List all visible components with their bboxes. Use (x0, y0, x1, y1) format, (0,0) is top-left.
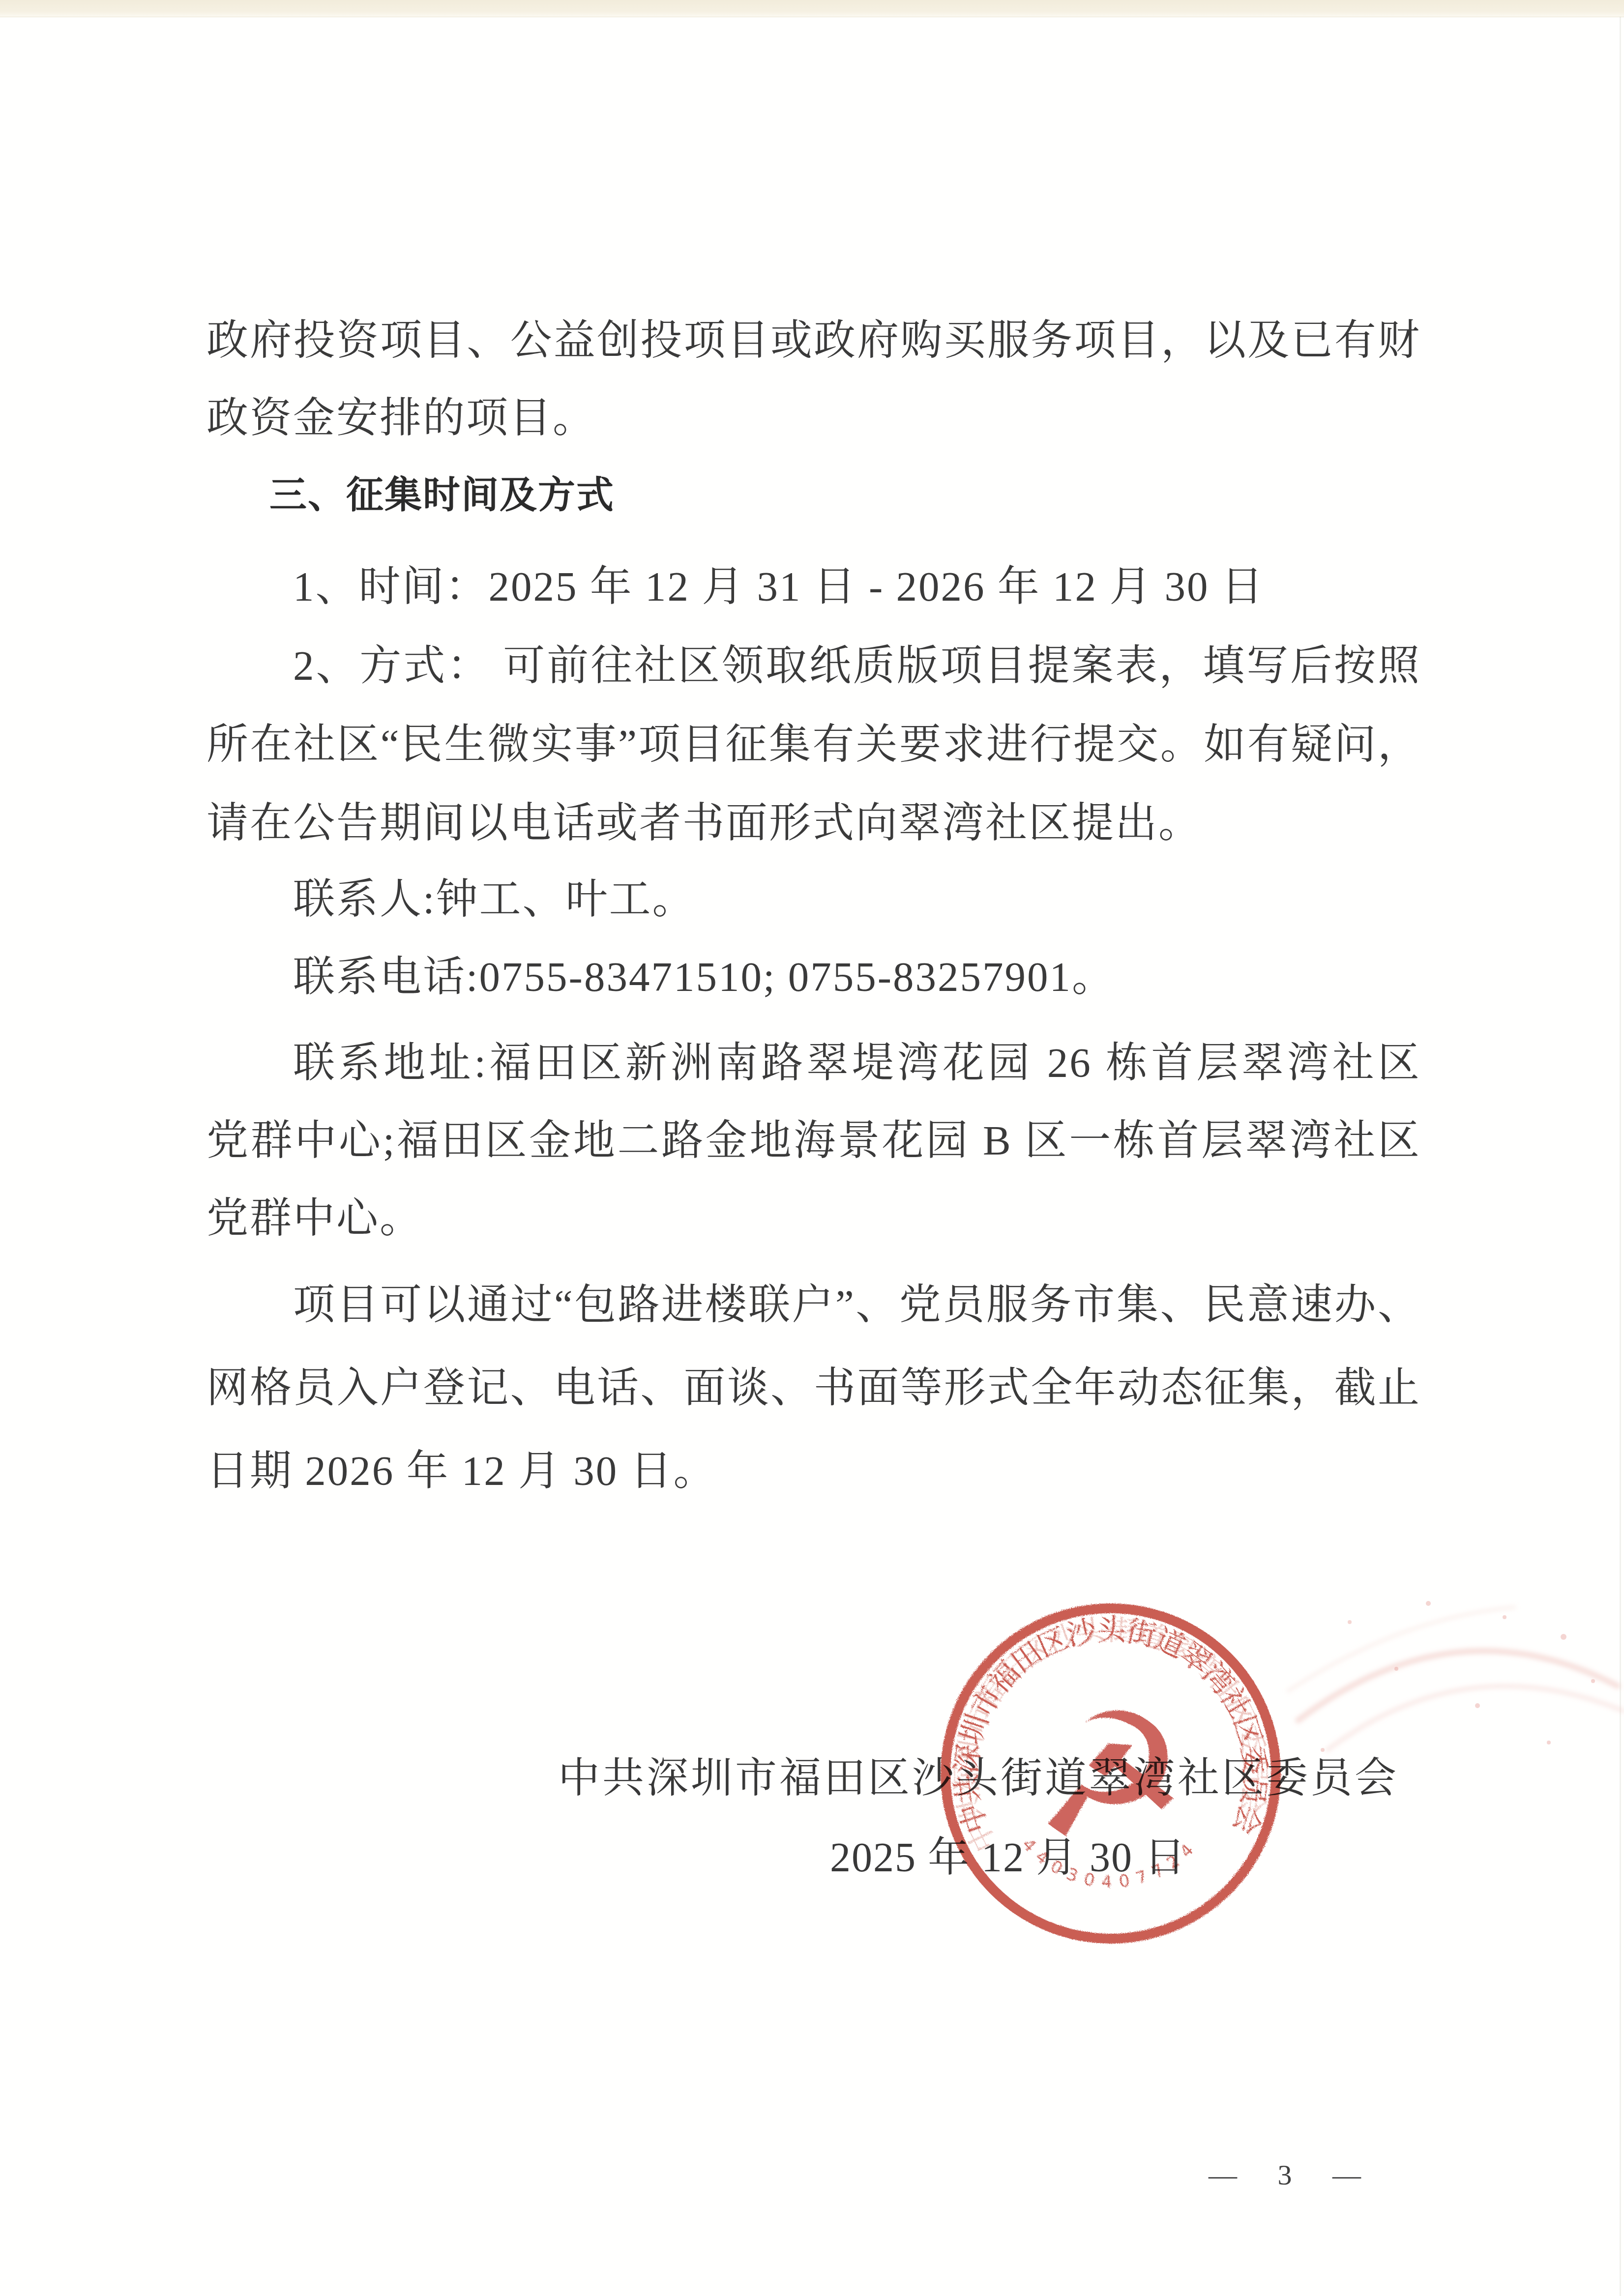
paragraph-time: 1、时间：2025 年 12 月 31 日 - 2026 年 12 月 30 日 (207, 548, 1421, 626)
text-line: 党群中心;福田区金地二路金地海景花园 B 区一栋首层翠湾社区 (207, 1102, 1421, 1180)
paragraph-contact-phone: 联系电话:0755-83471510; 0755-83257901。 (207, 938, 1421, 1016)
paragraph-method: 2、方式： 可前往社区领取纸质版项目提案表，填写后按照 所在社区“民生微实事”项… (207, 627, 1421, 863)
text-line: 请在公告期间以电话或者书面形式向翠湾社区提出。 (207, 784, 1421, 863)
scan-edge-strip (0, 0, 1624, 17)
official-seal: 中共深圳市福田区沙头街道翠湾社区委员会 中共深圳市福田区沙头街道翠湾社区委员会 … (931, 1594, 1290, 1953)
text-line: 政府投资项目、公益创投项目或政府购买服务项目，以及已有财 (207, 302, 1421, 379)
text-line: 1、时间：2025 年 12 月 31 日 - 2026 年 12 月 30 日 (207, 548, 1421, 626)
scan-edge-shadow (1620, 17, 1621, 2296)
text-line: 网格员入户登记、电话、面谈、书面等形式全年动态征集，截止 (207, 1347, 1421, 1430)
section-heading: 三、征集时间及方式 (207, 457, 1421, 534)
page-number: — 3 — (1209, 2157, 1378, 2193)
paragraph-continued: 政府投资项目、公益创投项目或政府购买服务项目，以及已有财 政资金安排的项目。 (207, 302, 1421, 457)
text-line: 联系地址:福田区新洲南路翠堤湾花园 26 栋首层翠湾社区 (207, 1024, 1421, 1102)
text-line: 2、方式： 可前往社区领取纸质版项目提案表，填写后按照 (207, 627, 1421, 705)
paragraph-collection-channels: 项目可以通过“包路进楼联户”、党员服务市集、民意速办、 网格员入户登记、电话、面… (207, 1264, 1421, 1513)
text-line: 日期 2026 年 12 月 30 日。 (207, 1430, 1421, 1513)
paragraph-contact-address: 联系地址:福田区新洲南路翠堤湾花园 26 栋首层翠湾社区 党群中心;福田区金地二… (207, 1024, 1421, 1257)
text-line: 项目可以通过“包路进楼联户”、党员服务市集、民意速办、 (207, 1264, 1421, 1347)
text-line: 联系电话:0755-83471510; 0755-83257901。 (207, 938, 1421, 1016)
paragraph-contact-person: 联系人:钟工、叶工。 (207, 861, 1421, 938)
text-line: 联系人:钟工、叶工。 (207, 861, 1421, 938)
text-line: 政资金安排的项目。 (207, 379, 1421, 457)
hammer-sickle-icon: ☭ (1033, 1676, 1188, 1877)
text-line: 所在社区“民生微实事”项目征集有关要求进行提交。如有疑问， (207, 705, 1421, 784)
text-line: 党群中心。 (207, 1180, 1421, 1257)
scanned-document-page: 政府投资项目、公益创投项目或政府购买服务项目，以及已有财 政资金安排的项目。 三… (0, 0, 1624, 2296)
